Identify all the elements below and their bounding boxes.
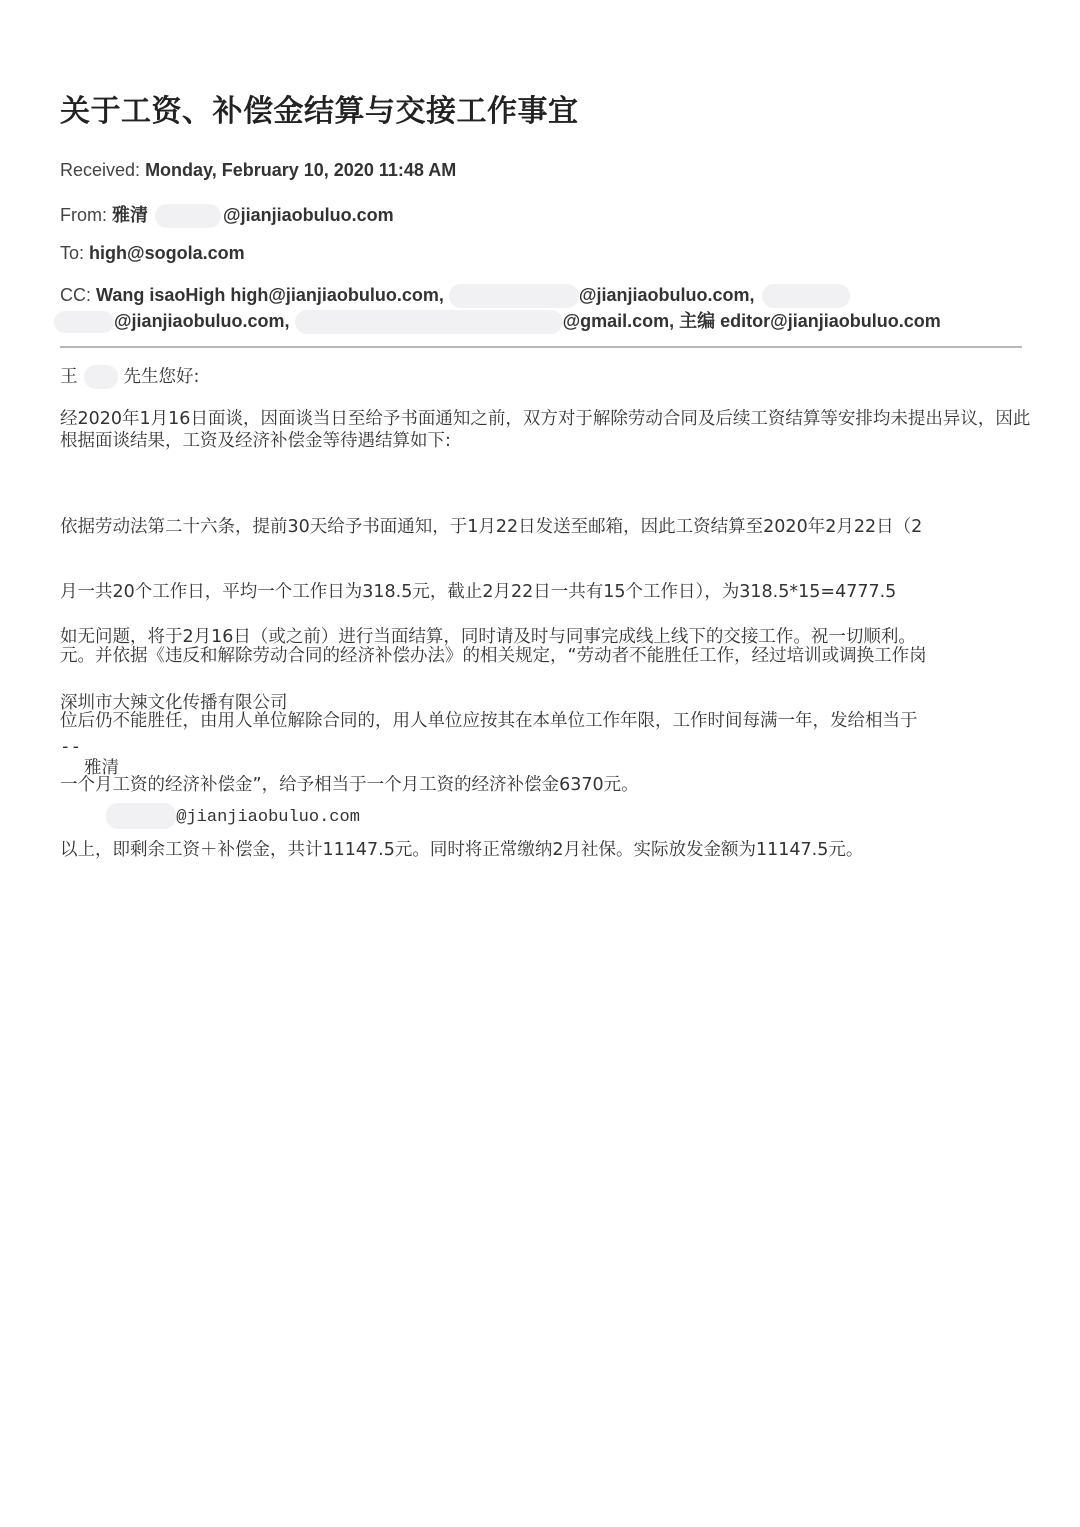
cc-label: CC: — [60, 285, 91, 305]
received-row: Received: Monday, February 10, 2020 11:4… — [60, 160, 456, 181]
paragraph-3: 如无问题，将于2月16日（或之前）进行当面结算，同时请及时与同事完成线上线下的交… — [60, 627, 1035, 649]
cc-row: CC: Wang isaoHigh high@jianjiaobuluo.com… — [60, 284, 850, 308]
paragraph-1: 经2020年1月16日面谈，因面谈当日至给予书面通知之前，双方对于解除劳动合同及… — [60, 409, 1035, 452]
from-name: 雅清 — [112, 205, 148, 225]
to-row: To: high@sogola.com — [60, 243, 245, 264]
greeting-suffix: 先生您好: — [124, 367, 200, 387]
signature-separator: -- — [60, 737, 1035, 759]
email-printout: 关于工资、补偿金结算与交接工作事宜 Received: Monday, Febr… — [0, 0, 1080, 1527]
from-email-domain[interactable]: @jianjiaobuluo.com — [223, 205, 394, 225]
greeting: 王先生您好: — [60, 365, 1035, 389]
redaction-blur — [155, 204, 221, 228]
to-label: To: — [60, 243, 84, 263]
redaction-blur — [762, 284, 850, 308]
cc-recipient-4[interactable]: @gmail.com, 主编 editor@jianjiaobuluo.com — [563, 311, 941, 331]
email-subject: 关于工资、补偿金结算与交接工作事宜 — [60, 86, 579, 130]
header-divider — [60, 346, 1022, 348]
to-value[interactable]: high@sogola.com — [89, 243, 245, 263]
redaction-blur — [54, 311, 114, 333]
from-label: From: — [60, 205, 107, 225]
signature-email-row: @jianjiaobuluo.com — [84, 781, 1059, 850]
cc-recipient-2[interactable]: @jianjiaobuluo.com, — [579, 285, 755, 305]
signature-email[interactable]: @jianjiaobuluo.com — [176, 808, 360, 827]
from-row: From: 雅清 @jianjiaobuluo.com — [60, 201, 394, 228]
redaction-blur — [84, 365, 118, 389]
greeting-prefix: 王 — [60, 367, 78, 387]
paragraph-2-line: 依据劳动法第二十六条，提前30天给予书面通知，于1月22日发送至邮箱，因此工资结… — [60, 517, 1035, 539]
cc-row-continued: @jianjiaobuluo.com, @gmail.com, 主编 edito… — [60, 307, 941, 334]
received-value: Monday, February 10, 2020 11:48 AM — [145, 160, 456, 180]
redaction-blur — [106, 803, 176, 829]
signature-name: 雅清 — [84, 758, 1059, 780]
cc-recipient-1[interactable]: Wang isaoHigh high@jianjiaobuluo.com, — [96, 285, 444, 305]
company-name: 深圳市大辣文化传播有限公司 — [60, 693, 1035, 715]
paragraph-2-line: 月一共20个工作日，平均一个工作日为318.5元，截止2月22日一共有15个工作… — [60, 582, 1035, 604]
received-label: Received: — [60, 160, 140, 180]
cc-recipient-3[interactable]: @jianjiaobuluo.com, — [114, 311, 290, 331]
redaction-blur — [295, 310, 563, 334]
paragraph-2-line: 元。并依据《违反和解除劳动合同的经济补偿办法》的相关规定，“劳动者不能胜任工作，… — [60, 646, 1035, 668]
redaction-blur — [449, 284, 579, 308]
